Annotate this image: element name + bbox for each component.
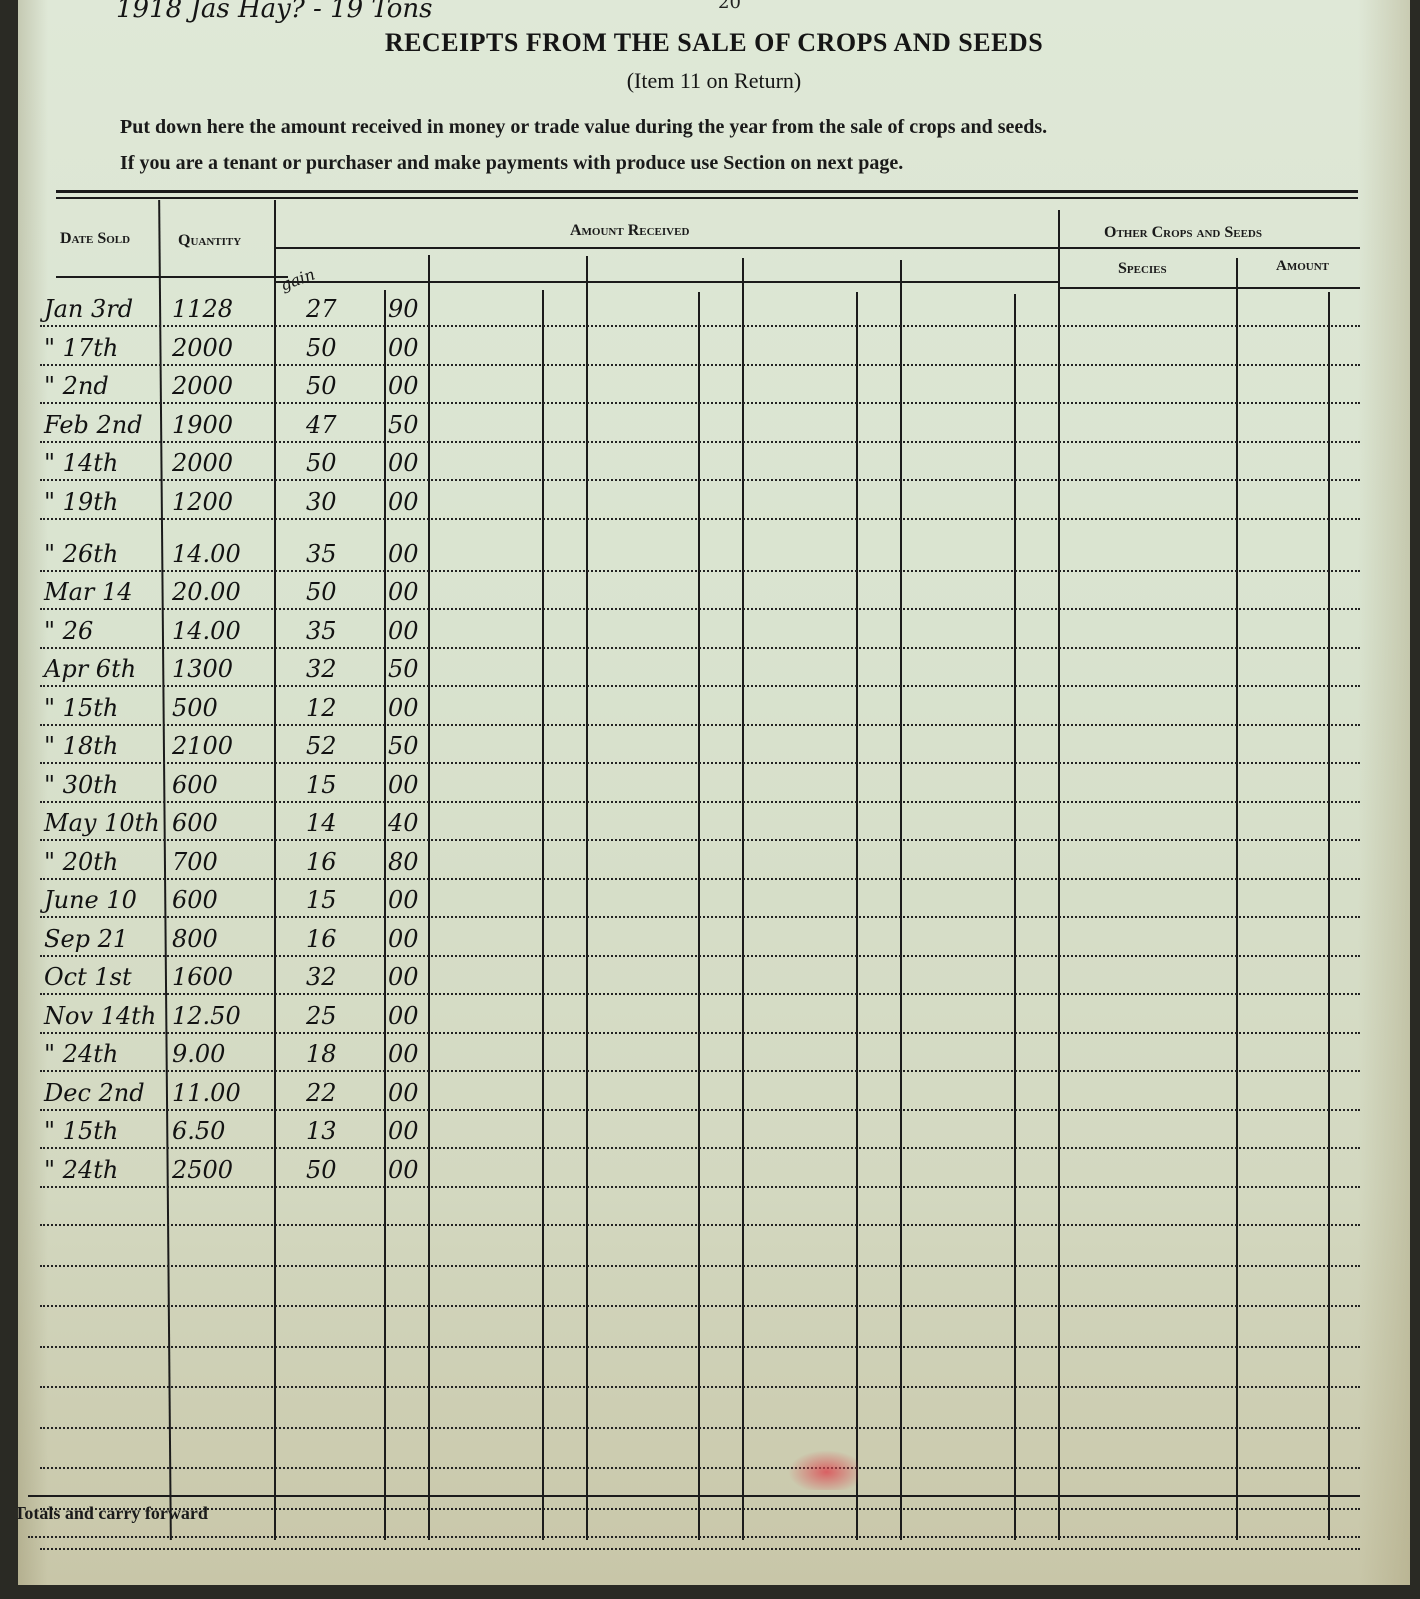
entry-quantity: 1128 — [172, 295, 233, 323]
entry-dollars: 18 — [306, 1040, 337, 1068]
row-dotted-line — [40, 1386, 1360, 1388]
row-dotted-line — [40, 1109, 1360, 1111]
row-dotted-line — [40, 1467, 1360, 1469]
entry-dollars: 47 — [306, 411, 337, 439]
instruction-line-1: Put down here the amount received in mon… — [120, 116, 1047, 139]
quantity-unit-note: gain — [278, 265, 318, 295]
col-rule-species — [1236, 258, 1238, 1540]
entry-dollars: 30 — [306, 488, 337, 516]
entry-date: " 20th — [44, 848, 118, 876]
row-dotted-line — [40, 762, 1360, 764]
entry-date: " 19th — [44, 488, 118, 516]
row-dotted-line — [40, 518, 1360, 520]
row-dotted-line — [40, 1508, 1360, 1510]
entry-date: " 24th — [44, 1156, 118, 1184]
entry-quantity: 1900 — [172, 411, 233, 439]
entry-quantity: 500 — [172, 694, 218, 722]
entry-dollars: 50 — [306, 449, 337, 477]
entry-cents: 00 — [388, 488, 419, 516]
header-date-sold: Date Sold — [60, 230, 130, 248]
entry-quantity: 2100 — [172, 732, 233, 760]
header-rule-other-sub — [1058, 287, 1360, 289]
entry-date: " 15th — [44, 1117, 118, 1145]
row-dotted-line — [40, 1147, 1360, 1149]
entry-quantity: 600 — [172, 886, 218, 914]
row-dotted-line — [40, 1346, 1360, 1348]
row-dotted-line — [40, 685, 1360, 687]
entry-quantity: 1600 — [172, 963, 233, 991]
entry-date: Mar 14 — [44, 578, 133, 606]
entry-date: " 17th — [44, 334, 118, 362]
header-quantity: Quantity — [178, 232, 241, 250]
row-dotted-line — [40, 993, 1360, 995]
handwritten-note: 1918 Jas Hay? - 19 Tons — [116, 0, 433, 24]
entry-quantity: 14.00 — [172, 617, 241, 645]
row-dotted-line — [40, 402, 1360, 404]
entry-dollars: 32 — [306, 963, 337, 991]
row-dotted-line — [40, 479, 1360, 481]
entry-cents: 50 — [388, 655, 419, 683]
entry-date: " 14th — [44, 449, 118, 477]
entry-cents: 00 — [388, 694, 419, 722]
page-title: RECEIPTS FROM THE SALE OF CROPS AND SEED… — [18, 28, 1410, 58]
entry-quantity: 2000 — [172, 334, 233, 362]
entry-quantity: 9.00 — [172, 1040, 225, 1068]
row-dotted-line — [40, 1305, 1360, 1307]
row-dotted-line — [40, 839, 1360, 841]
row-dotted-line — [40, 1224, 1360, 1226]
entry-cents: 00 — [388, 925, 419, 953]
entry-cents: 00 — [388, 334, 419, 362]
header-double-rule-top — [56, 190, 1358, 193]
entry-date: Apr 6th — [44, 655, 136, 683]
entry-quantity: 2500 — [172, 1156, 233, 1184]
entry-cents: 90 — [388, 295, 419, 323]
instruction-line-2: If you are a tenant or purchaser and mak… — [120, 152, 903, 175]
page-subtitle: (Item 11 on Return) — [18, 68, 1410, 94]
entry-cents: 00 — [388, 1117, 419, 1145]
entry-cents: 00 — [388, 886, 419, 914]
entry-date: Nov 14th — [44, 1002, 156, 1030]
entry-dollars: 50 — [306, 334, 337, 362]
header-rule-amount — [276, 247, 1058, 249]
entry-cents: 00 — [388, 617, 419, 645]
entry-dollars: 16 — [306, 925, 337, 953]
header-rule-other — [1058, 247, 1360, 249]
header-amount-received: Amount Received — [570, 222, 689, 240]
entry-quantity: 14.00 — [172, 540, 241, 568]
entry-dollars: 12 — [306, 694, 337, 722]
entry-date: " 15th — [44, 694, 118, 722]
row-dotted-line — [40, 1186, 1360, 1188]
row-dotted-line — [40, 916, 1360, 918]
entry-dollars: 50 — [306, 372, 337, 400]
entry-quantity: 800 — [172, 925, 218, 953]
entry-date: " 18th — [44, 732, 118, 760]
entry-dollars: 13 — [306, 1117, 337, 1145]
row-dotted-line — [40, 364, 1360, 366]
row-dotted-line — [40, 955, 1360, 957]
entry-dollars: 15 — [306, 771, 337, 799]
row-dotted-line — [40, 1427, 1360, 1429]
entry-dollars: 25 — [306, 1002, 337, 1030]
header-rule-amount-sub — [276, 281, 1058, 283]
entry-cents: 00 — [388, 1079, 419, 1107]
entry-date: " 2nd — [44, 372, 109, 400]
entry-date: " 26 — [44, 617, 93, 645]
entry-cents: 00 — [388, 449, 419, 477]
row-dotted-line — [40, 1070, 1360, 1072]
totals-rule — [28, 1495, 1360, 1497]
entry-cents: 00 — [388, 1002, 419, 1030]
entry-cents: 00 — [388, 540, 419, 568]
row-dotted-line — [40, 878, 1360, 880]
row-dotted-line — [40, 801, 1360, 803]
entry-cents: 00 — [388, 1040, 419, 1068]
entry-dollars: 16 — [306, 848, 337, 876]
entry-dollars: 52 — [306, 732, 337, 760]
entry-quantity: 20.00 — [172, 578, 241, 606]
page-number: 20 — [718, 0, 741, 13]
entry-cents: 00 — [388, 578, 419, 606]
entry-quantity: 12.50 — [172, 1002, 241, 1030]
entry-quantity: 2000 — [172, 449, 233, 477]
entry-date: Sep 21 — [44, 925, 128, 953]
entry-date: June 10 — [44, 886, 137, 914]
col-rule-amount-3 — [742, 258, 744, 1540]
entry-date: " 24th — [44, 1040, 118, 1068]
entry-date: Feb 2nd — [44, 411, 143, 439]
entry-dollars: 27 — [306, 295, 337, 323]
entry-cents: 00 — [388, 963, 419, 991]
entry-dollars: 22 — [306, 1079, 337, 1107]
totals-dotted-line — [28, 1536, 1360, 1538]
row-dotted-line — [40, 608, 1360, 610]
entry-date: " 30th — [44, 771, 118, 799]
entry-quantity: 600 — [172, 809, 218, 837]
entry-quantity: 1300 — [172, 655, 233, 683]
col-rule-amount-4 — [900, 260, 902, 1540]
entry-dollars: 14 — [306, 809, 337, 837]
entry-dollars: 35 — [306, 540, 337, 568]
entry-quantity: 600 — [172, 771, 218, 799]
red-ink-stain — [788, 1450, 858, 1490]
header-rule-left — [56, 276, 288, 278]
entry-dollars: 50 — [306, 1156, 337, 1184]
row-dotted-line — [40, 647, 1360, 649]
entry-cents: 50 — [388, 411, 419, 439]
entry-cents: 00 — [388, 372, 419, 400]
row-dotted-line — [40, 441, 1360, 443]
header-double-rule-bottom — [56, 197, 1358, 199]
col-rule-other — [1058, 210, 1060, 1540]
header-other-crops: Other Crops and Seeds — [1104, 224, 1262, 242]
entry-quantity: 1200 — [172, 488, 233, 516]
header-amount: Amount — [1276, 258, 1329, 275]
col-rule-cents-2 — [542, 290, 544, 1540]
entry-quantity: 11.00 — [172, 1079, 241, 1107]
entry-cents: 00 — [388, 1156, 419, 1184]
entry-cents: 00 — [388, 771, 419, 799]
row-dotted-line — [40, 570, 1360, 572]
totals-label: Totals and carry forward — [18, 1503, 208, 1524]
entry-date: Dec 2nd — [44, 1079, 145, 1107]
row-dotted-line — [40, 1265, 1360, 1267]
entry-quantity: 6.50 — [172, 1117, 225, 1145]
col-rule-quantity — [274, 200, 276, 1540]
entry-date: " 26th — [44, 540, 118, 568]
entry-dollars: 50 — [306, 578, 337, 606]
entry-dollars: 15 — [306, 886, 337, 914]
entry-dollars: 35 — [306, 617, 337, 645]
row-dotted-line — [40, 1032, 1360, 1034]
entry-date: May 10th — [44, 809, 160, 837]
entry-cents: 80 — [388, 848, 419, 876]
row-dotted-line — [40, 1548, 1360, 1550]
entry-quantity: 700 — [172, 848, 218, 876]
entry-date: Jan 3rd — [44, 295, 133, 323]
entry-date: Oct 1st — [44, 963, 132, 991]
header-species: Species — [1118, 260, 1167, 278]
entry-dollars: 32 — [306, 655, 337, 683]
row-dotted-line — [40, 724, 1360, 726]
ledger-page: 1918 Jas Hay? - 19 Tons 20 RECEIPTS FROM… — [18, 0, 1410, 1585]
row-dotted-line — [40, 325, 1360, 327]
col-rule-date — [158, 200, 172, 1540]
entry-quantity: 2000 — [172, 372, 233, 400]
entry-cents: 40 — [388, 809, 419, 837]
entry-cents: 50 — [388, 732, 419, 760]
col-rule-cents-1 — [384, 290, 386, 1540]
